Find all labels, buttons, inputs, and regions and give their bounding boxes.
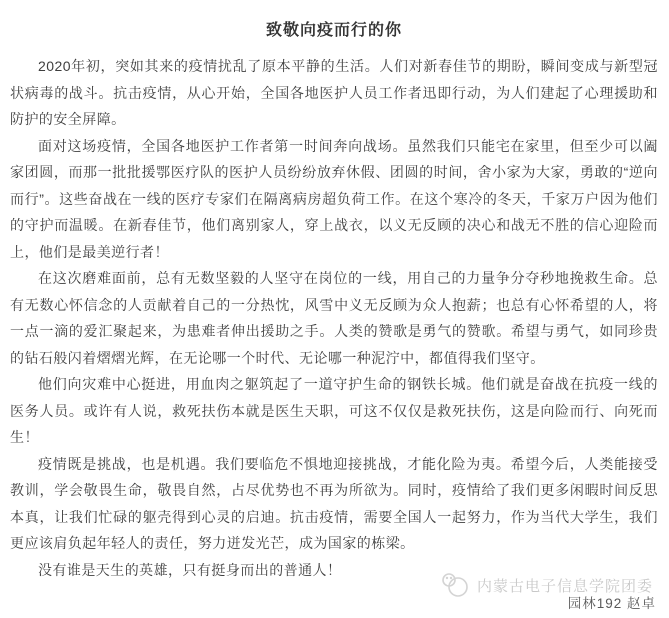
essay-paragraph-4: 他们向灾难中心挺进，用血肉之躯筑起了一道守护生命的钢铁长城。他们就是奋战在抗疫一…: [10, 371, 658, 451]
essay-paragraph-3: 在这次磨难面前，总有无数坚毅的人坚守在岗位的一线，用自己的力量争分夺秒地挽救生命…: [10, 265, 658, 371]
essay-paragraph-6: 没有谁是天生的英雄，只有挺身而出的普通人！: [10, 557, 658, 584]
essay-page: 致敬向疫而行的你 2020年初，突如其来的疫情扰乱了原本平静的生活。人们对新春佳…: [0, 0, 669, 618]
essay-paragraph-1: 2020年初，突如其来的疫情扰乱了原本平静的生活。人们对新春佳节的期盼，瞬间变成…: [10, 53, 658, 133]
essay-paragraph-5: 疫情既是挑战，也是机遇。我们要临危不惧地迎接挑战，才能化险为夷。希望今后，人类能…: [10, 451, 658, 557]
essay-paragraph-2: 面对这场疫情，全国各地医护工作者第一时间奔向战场。虽然我们只能宅在家里，但至少可…: [10, 133, 658, 266]
page-title: 致敬向疫而行的你: [10, 18, 658, 44]
author-signature: 园林192 赵卓: [568, 592, 656, 612]
